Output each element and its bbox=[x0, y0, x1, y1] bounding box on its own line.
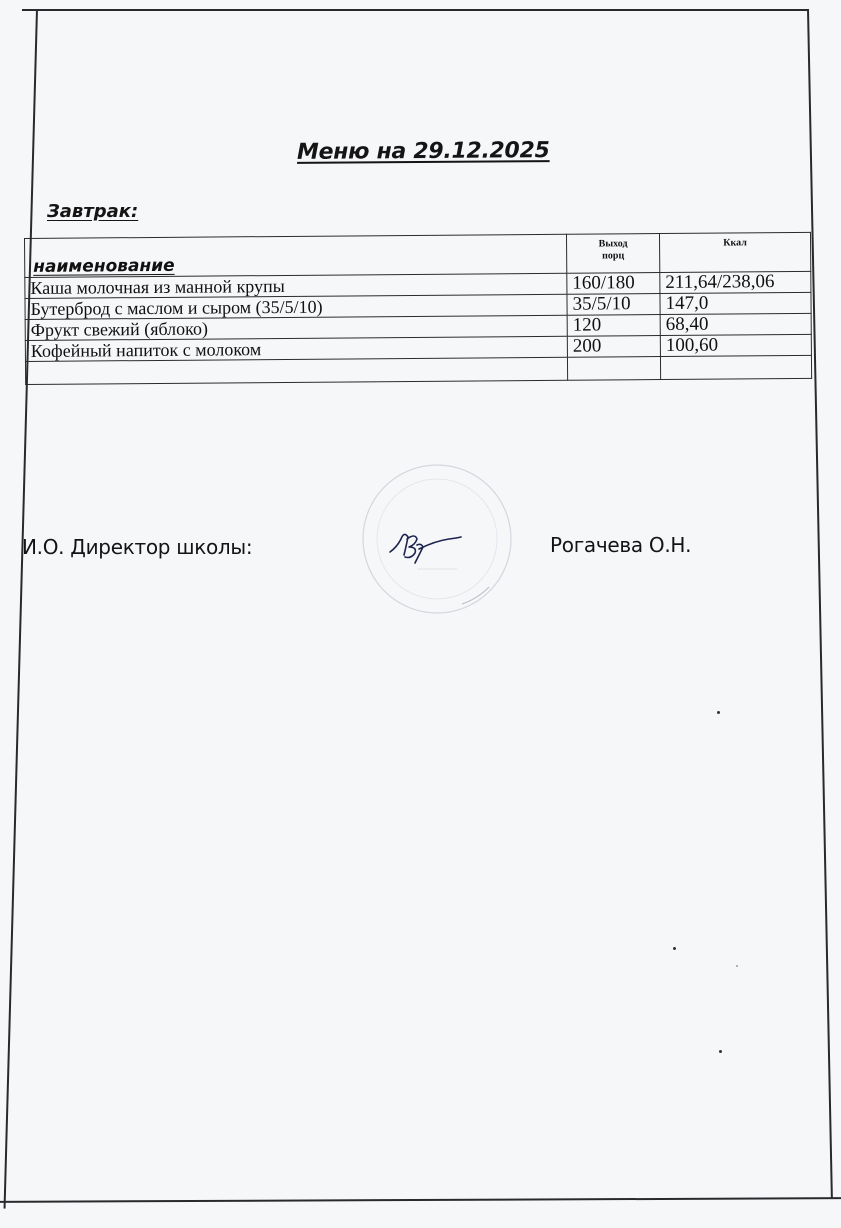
portion-header-line2: порц bbox=[572, 250, 654, 263]
dish-portion bbox=[567, 357, 660, 381]
page-border-bottom bbox=[0, 1197, 841, 1203]
portion-header-line1: Выход bbox=[572, 238, 654, 251]
dish-portion: 120 bbox=[567, 315, 660, 337]
dish-portion: 35/5/10 bbox=[567, 294, 660, 316]
scan-speck bbox=[717, 711, 720, 714]
dish-kcal: 147,0 bbox=[660, 292, 811, 314]
dish-kcal bbox=[660, 355, 811, 379]
table-header-row: наименование Выход порц Ккал bbox=[25, 232, 811, 277]
page-border-left bbox=[4, 9, 38, 1209]
signatory-role: И.О. Директор школы: bbox=[22, 535, 252, 559]
scan-speck bbox=[719, 1050, 722, 1053]
scan-speck bbox=[673, 947, 676, 950]
page-border-right bbox=[807, 9, 833, 1199]
column-header-name: наименование bbox=[25, 234, 567, 277]
page-border-top bbox=[22, 9, 809, 11]
dish-name bbox=[25, 357, 567, 384]
dish-kcal: 211,64/238,06 bbox=[660, 271, 811, 293]
document-title: Меню на 29.12.2025 bbox=[297, 138, 550, 165]
dish-portion: 200 bbox=[567, 336, 660, 358]
menu-table: наименование Выход порц Ккал Каша молочн… bbox=[24, 232, 812, 385]
dish-kcal: 100,60 bbox=[660, 334, 811, 356]
section-heading-breakfast: Завтрак: bbox=[47, 201, 138, 222]
column-header-portion: Выход порц bbox=[566, 234, 659, 274]
dish-portion: 160/180 bbox=[567, 273, 660, 295]
column-header-kcal: Ккал bbox=[659, 232, 810, 272]
signature-block: И.О. Директор школы: Рогачева О.Н. bbox=[22, 533, 782, 573]
dish-kcal: 68,40 bbox=[660, 313, 811, 335]
scan-speck bbox=[736, 965, 738, 967]
signatory-name: Рогачева О.Н. bbox=[550, 533, 691, 557]
